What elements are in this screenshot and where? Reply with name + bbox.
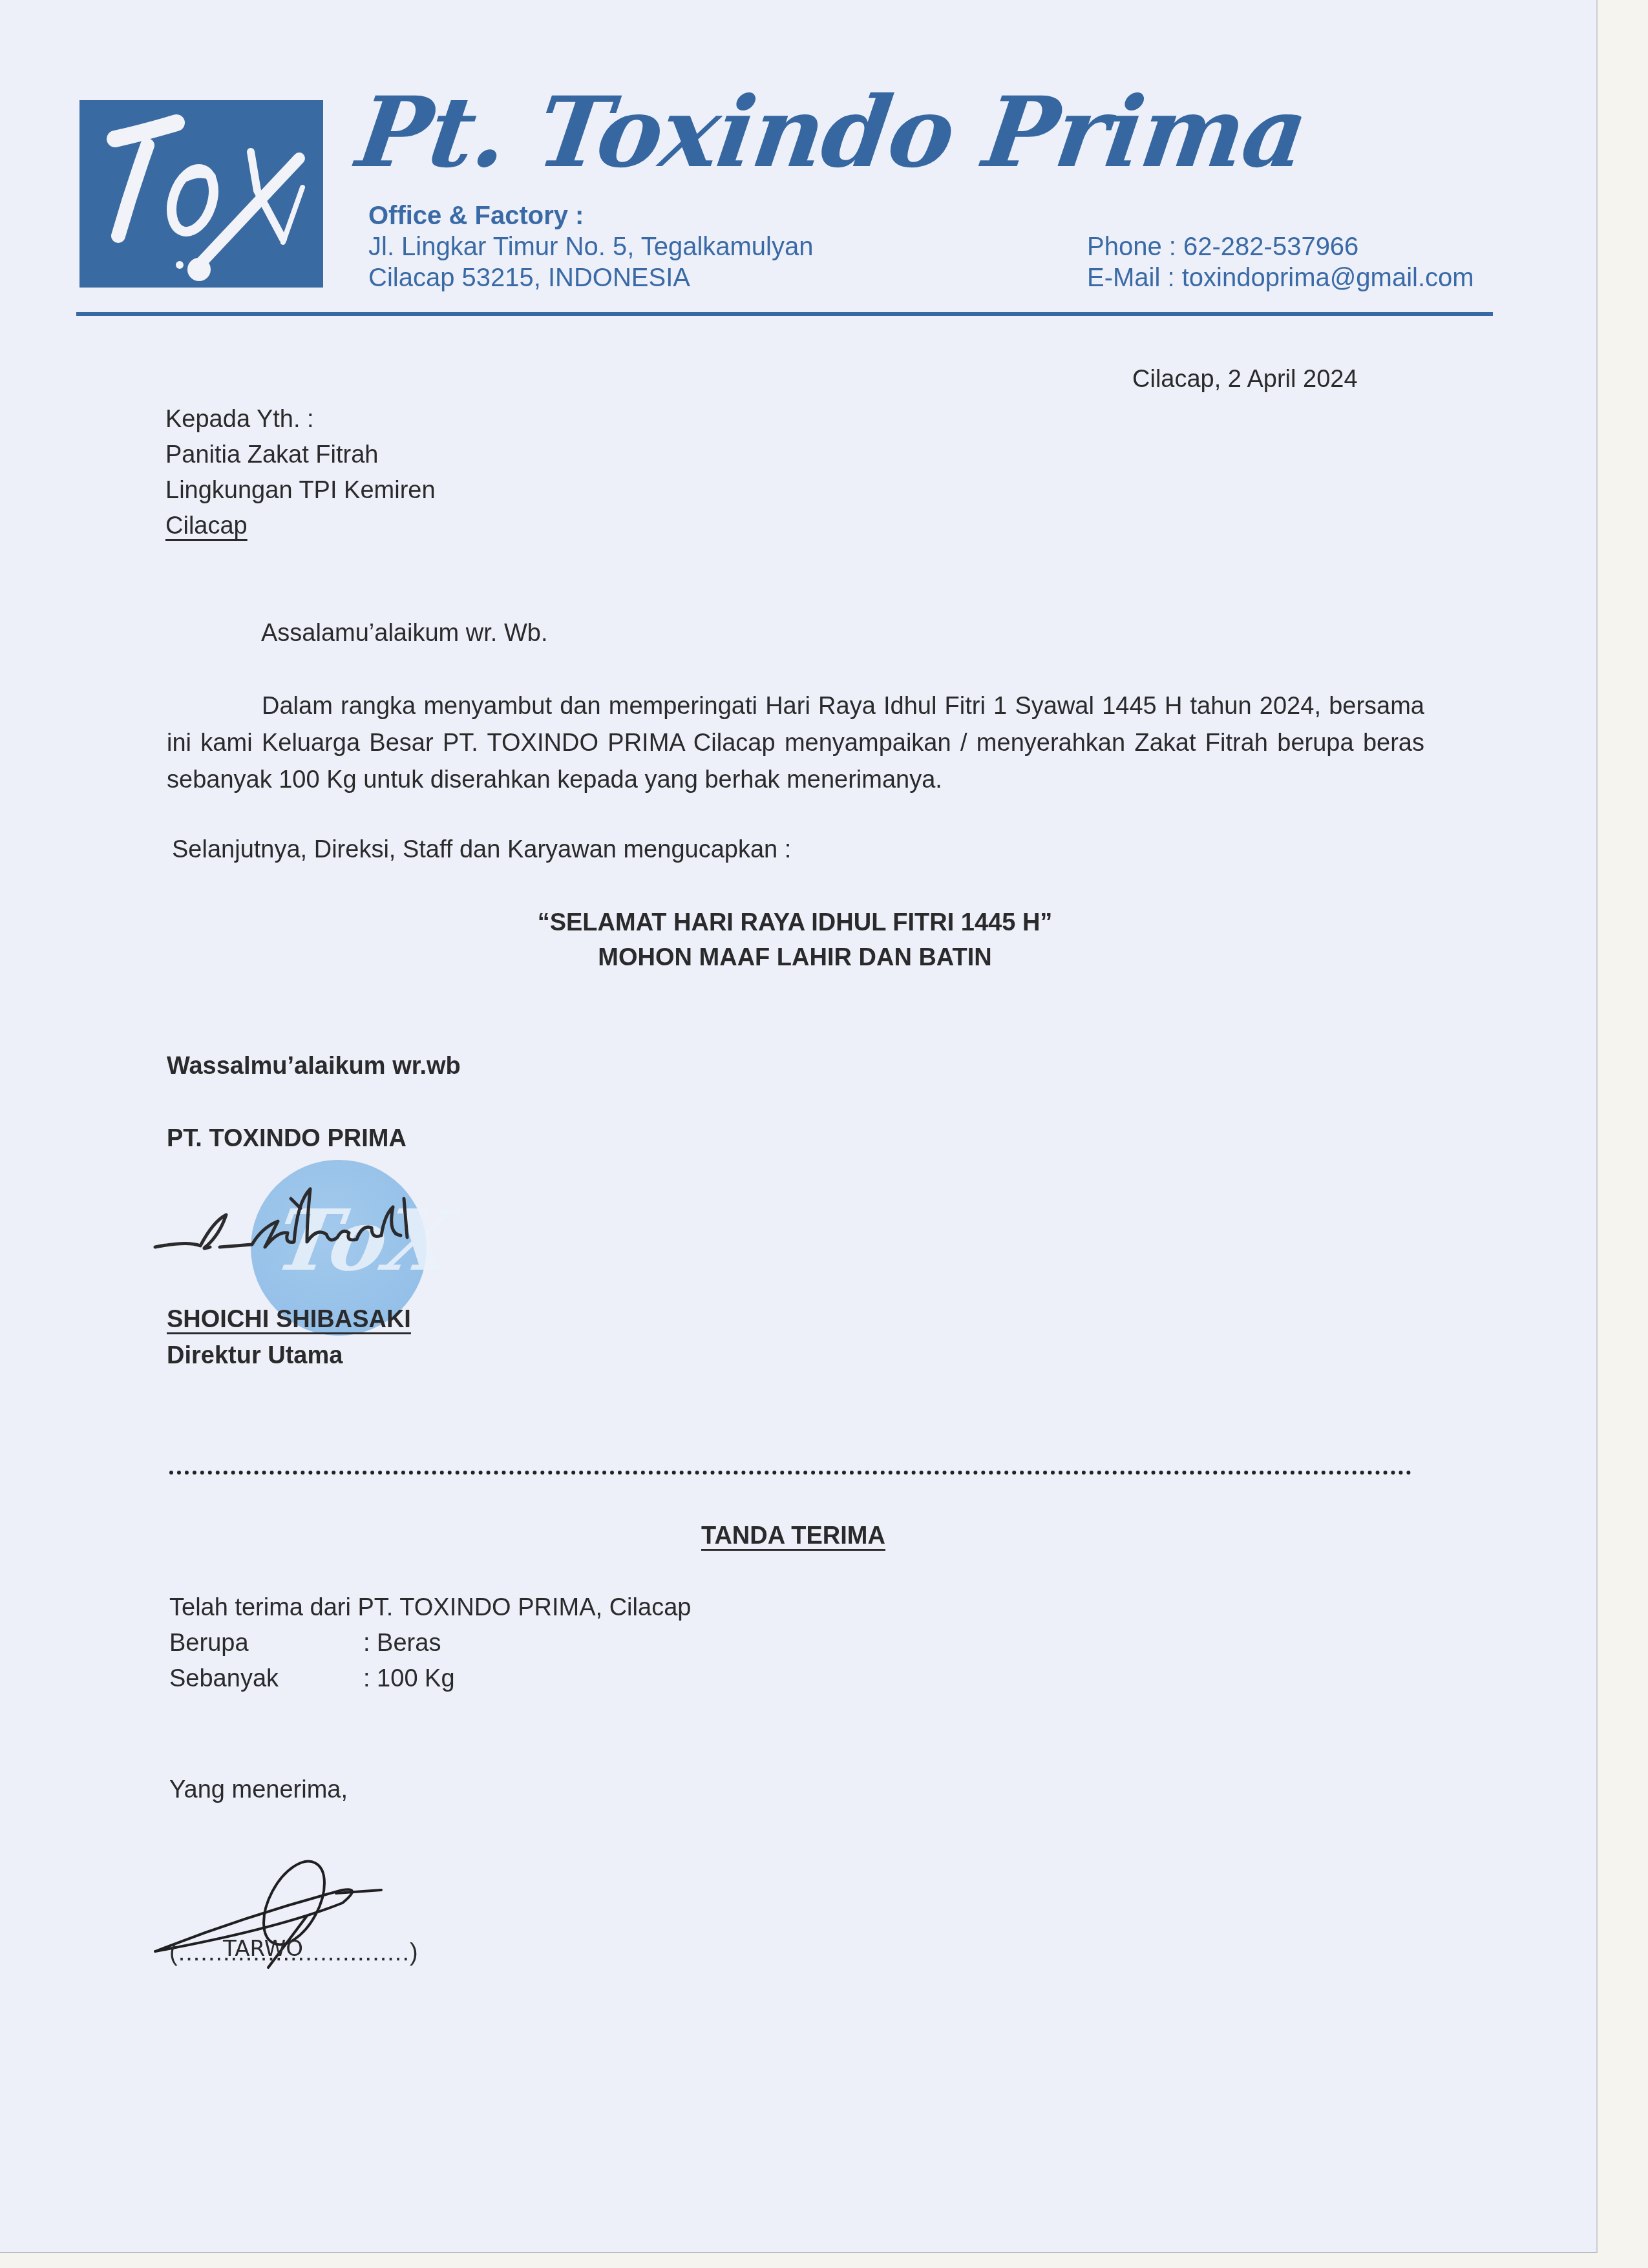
director-signature-icon (149, 1163, 439, 1279)
body-paragraph: Dalam rangka menyambut dan memperingati … (167, 688, 1424, 799)
email-address[interactable]: toxindoprima@gmail.com (1182, 264, 1474, 292)
cut-line-divider (169, 1471, 1411, 1475)
wish-line-1: “SELAMAT HARI RAYA IDHUL FITRI 1445 H” (388, 908, 1202, 937)
receipt-received-from: Telah terima dari PT. TOXINDO PRIMA, Cil… (169, 1593, 691, 1622)
phone-number: 62-282-537966 (1183, 233, 1358, 261)
phone-label: Phone : (1087, 233, 1176, 261)
sender-company: PT. TOXINDO PRIMA (167, 1124, 407, 1153)
recipient-line-2: Lingkungan TPI Kemiren (165, 476, 436, 505)
closing: Wassalmu’alaikum wr.wb (167, 1052, 461, 1080)
company-logo (79, 100, 323, 288)
letterhead-divider (76, 312, 1493, 316)
phone-line: Phone : 62-282-537966 (1087, 231, 1358, 262)
receipt-row-label: Sebanyak (169, 1664, 279, 1693)
recipient-line-1: Panitia Zakat Fitrah (165, 441, 378, 469)
company-name: Pt. Toxindo Prima (352, 84, 1311, 181)
place-date: Cilacap, 2 April 2024 (1132, 365, 1358, 394)
receipt-title: TANDA TERIMA (701, 1522, 885, 1550)
receiver-name-blank: (...............................) (169, 1938, 419, 1967)
recipient-city: Cilacap (165, 512, 248, 540)
receiver-label: Yang menerima, (169, 1776, 348, 1804)
recipient-salutation: Kepada Yth. : (165, 405, 314, 434)
greeting: Assalamu’alaikum wr. Wb. (261, 619, 547, 647)
receipt-row-value: : 100 Kg (363, 1664, 455, 1693)
tox-logo-icon (79, 100, 323, 288)
address-line-2: Cilacap 53215, INDONESIA (368, 262, 690, 293)
wish-line-2: MOHON MAAF LAHIR DAN BATIN (388, 943, 1202, 972)
email-line: E-Mail : toxindoprima@gmail.com (1087, 262, 1474, 293)
address-line-1: Jl. Lingkar Timur No. 5, Tegalkamulyan (368, 231, 813, 262)
office-label: Office & Factory : (368, 200, 584, 231)
receipt-row-value: : Beras (363, 1629, 441, 1657)
email-label: E-Mail : (1087, 264, 1175, 292)
signatory-title: Direktur Utama (167, 1341, 343, 1370)
closing-intro: Selanjutnya, Direksi, Staff dan Karyawan… (172, 835, 791, 864)
receipt-row-label: Berupa (169, 1629, 249, 1657)
signatory-name: SHOICHI SHIBASAKI (167, 1305, 411, 1334)
